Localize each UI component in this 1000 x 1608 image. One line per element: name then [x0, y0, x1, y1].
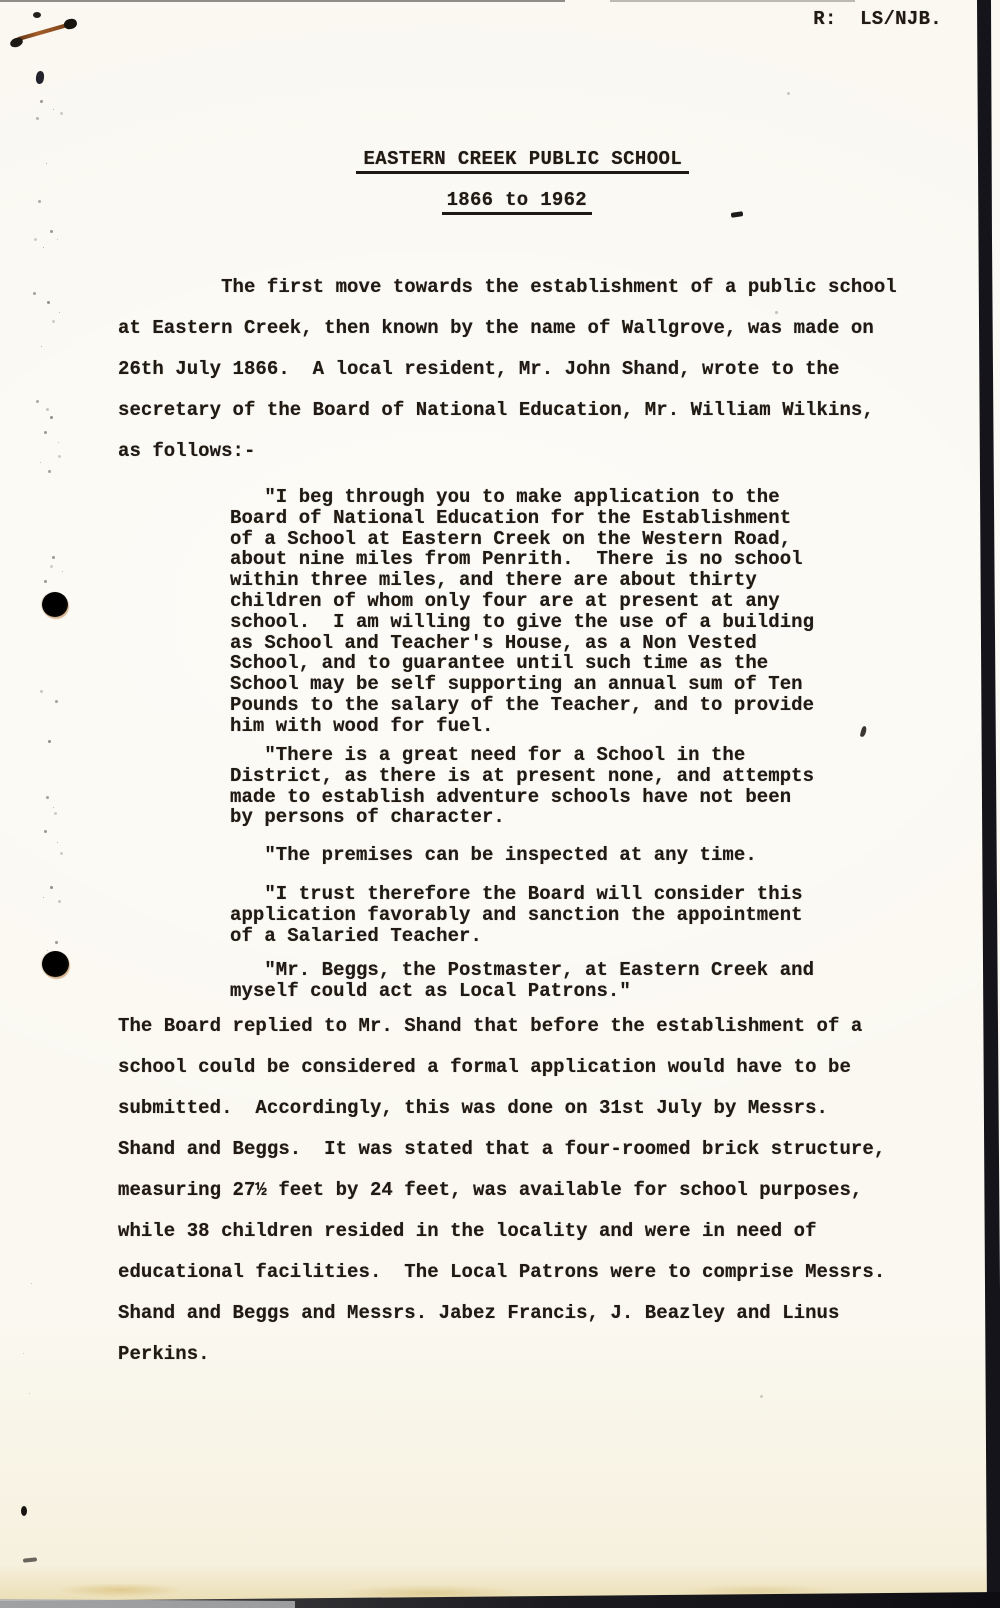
text-line: Shand and Beggs. It was stated that a fo… — [118, 1129, 885, 1170]
text-line: within three miles, and there are about … — [230, 570, 814, 591]
text-line: myself could act as Local Patrons." — [230, 981, 814, 1002]
letter-paragraph-5: "Mr. Beggs, the Postmaster, at Eastern C… — [230, 960, 814, 1002]
text-line: "I beg through you to make application t… — [230, 487, 814, 508]
closing-paragraph: The Board replied to Mr. Shand that befo… — [118, 1006, 885, 1375]
intro-paragraph: The first move towards the establishment… — [118, 267, 897, 472]
ink-blob — [35, 71, 45, 85]
letter-paragraph-4: "I trust therefore the Board will consid… — [230, 884, 803, 946]
ink-dot-bottom — [21, 1506, 27, 1516]
letter-paragraph-2: "There is a great need for a School in t… — [230, 745, 814, 828]
letter-paragraph-3: "The premises can be inspected at any ti… — [230, 845, 757, 866]
text-line: Shand and Beggs and Messrs. Jabez Franci… — [118, 1293, 885, 1334]
text-line: secretary of the Board of National Educa… — [118, 390, 897, 431]
pen-stroke-end-blot — [63, 18, 78, 31]
text-line: educational facilities. The Local Patron… — [118, 1252, 885, 1293]
text-line: The first move towards the establishment… — [118, 267, 897, 308]
text-line: as School and Teacher's House, as a Non … — [230, 633, 814, 654]
text-line: "The premises can be inspected at any ti… — [230, 845, 757, 866]
pen-stroke-end-blot — [9, 36, 24, 49]
stray-comma-mark — [860, 726, 868, 738]
text-line: made to establish adventure schools have… — [230, 787, 814, 808]
text-line: of a Salaried Teacher. — [230, 926, 803, 947]
document-subtitle-text: 1866 to 1962 — [442, 189, 592, 215]
text-line: School may be self supporting an annual … — [230, 674, 814, 695]
text-line: him with wood for fuel. — [230, 716, 814, 737]
text-line: "I trust therefore the Board will consid… — [230, 884, 803, 905]
text-line: by persons of character. — [230, 807, 814, 828]
scan-top-edge-line-segment — [610, 0, 855, 2]
text-line: while 38 children resided in the localit… — [118, 1211, 885, 1252]
text-line: at Eastern Creek, then known by the name… — [118, 308, 897, 349]
text-line: Pounds to the salary of the Teacher, and… — [230, 695, 814, 716]
text-line: District, as there is at present none, a… — [230, 766, 814, 787]
text-line: as follows:- — [118, 431, 897, 472]
text-line: School, and to guarantee until such time… — [230, 653, 814, 674]
letter-paragraph-1: "I beg through you to make application t… — [230, 487, 814, 737]
ink-dot — [33, 12, 41, 18]
text-line: measuring 27½ feet by 24 feet, was avail… — [118, 1170, 885, 1211]
scanned-document-page: R: LS/NJB. EASTERN CREEK PUBLIC SCHOOL 1… — [0, 0, 1000, 1608]
text-line: of a School at Eastern Creek on the West… — [230, 529, 814, 550]
hole-punch-top — [42, 592, 68, 617]
text-line: "There is a great need for a School in t… — [230, 745, 814, 766]
paper-speckles-faint — [0, 0, 3, 3]
text-line: 26th July 1866. A local resident, Mr. Jo… — [118, 349, 897, 390]
text-line: school. I am willing to give the use of … — [230, 612, 814, 633]
text-line: about nine miles from Penrith. There is … — [230, 549, 814, 570]
scan-top-edge-line — [0, 0, 565, 2]
text-line: school could be considered a formal appl… — [118, 1047, 885, 1088]
text-line: "Mr. Beggs, the Postmaster, at Eastern C… — [230, 960, 814, 981]
text-line: submitted. Accordingly, this was done on… — [118, 1088, 885, 1129]
hole-punch-bottom — [42, 951, 69, 977]
text-line: Board of National Education for the Esta… — [230, 508, 814, 529]
text-line: children of whom only four are at presen… — [230, 591, 814, 612]
text-line: Perkins. — [118, 1334, 885, 1375]
pencil-dash-bottom — [23, 1557, 37, 1562]
document-subtitle: 1866 to 1962 — [0, 167, 994, 237]
text-line: The Board replied to Mr. Shand that befo… — [118, 1006, 885, 1047]
text-line: application favorably and sanction the a… — [230, 905, 803, 926]
reference-code: R: LS/NJB. — [813, 8, 942, 30]
